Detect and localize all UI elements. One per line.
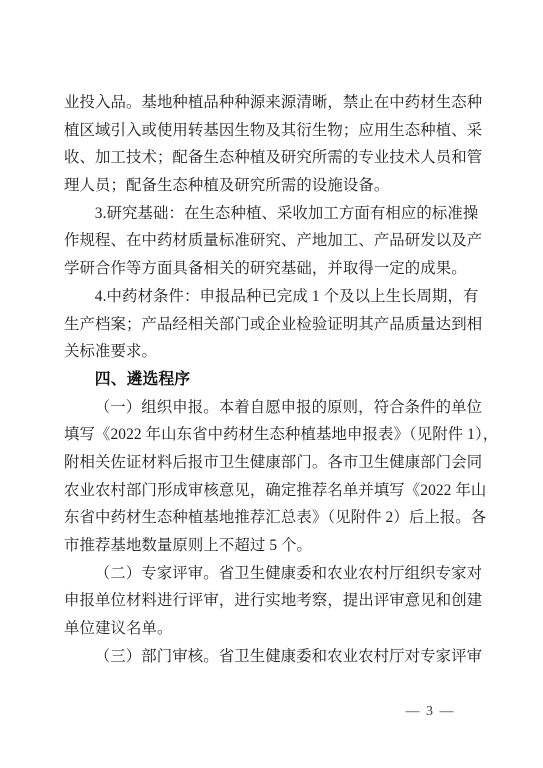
text-line: 单位建议名单。 [64,615,480,643]
text-line: 附相关佐证材料后报市卫生健康部门。各市卫生健康部门会同 [64,449,480,477]
text-line: （二）专家评审。省卫生健康委和农业农村厅组织专家对 [64,560,480,588]
section-heading: 四、遴选程序 [64,366,480,394]
text-line: 植区域引入或使用转基因生物及其衍生物；应用生态种植、采 [64,117,480,145]
text-line: 3.研究基础：在生态种植、采收加工方面有相应的标准操 [64,200,480,228]
document-page: 业投入品。基地种植品种种源来源清晰，禁止在中药材生态种植区域引入或使用转基因生物… [0,0,543,768]
text-line: 作规程、在中药材质量标准研究、产地加工、产品研发以及产 [64,227,480,255]
document-body: 业投入品。基地种植品种种源来源清晰，禁止在中药材生态种植区域引入或使用转基因生物… [64,89,480,670]
text-line: 4.中药材条件：申报品种已完成 1 个及以上生长周期，有 [64,283,480,311]
text-line: 学研合作等方面具备相关的研究基础，并取得一定的成果。 [64,255,480,283]
text-line: （一）组织申报。本着自愿申报的原则，符合条件的单位 [64,394,480,422]
text-line: 农业农村部门形成审核意见，确定推荐名单并填写《2022 年山 [64,477,480,505]
text-line: 关标准要求。 [64,338,480,366]
text-line: 东省中药材生态种植基地推荐汇总表》（见附件 2）后上报。各 [64,504,480,532]
page-number: — 3 — [406,704,456,720]
text-line: 理人员；配备生态种植及研究所需的设施设备。 [64,172,480,200]
text-line: 市推荐基地数量原则上不超过 5 个。 [64,532,480,560]
text-line: 填写《2022 年山东省中药材生态种植基地申报表》（见附件 1）， [64,421,480,449]
text-line: 申报单位材料进行评审，进行实地考察，提出评审意见和创建 [64,587,480,615]
text-line: 生产档案；产品经相关部门或企业检验证明其产品质量达到相 [64,311,480,339]
text-line: 业投入品。基地种植品种种源来源清晰，禁止在中药材生态种 [64,89,480,117]
text-line: （三）部门审核。省卫生健康委和农业农村厅对专家评审 [64,643,480,671]
text-line: 收、加工技术；配备生态种植及研究所需的专业技术人员和管 [64,144,480,172]
